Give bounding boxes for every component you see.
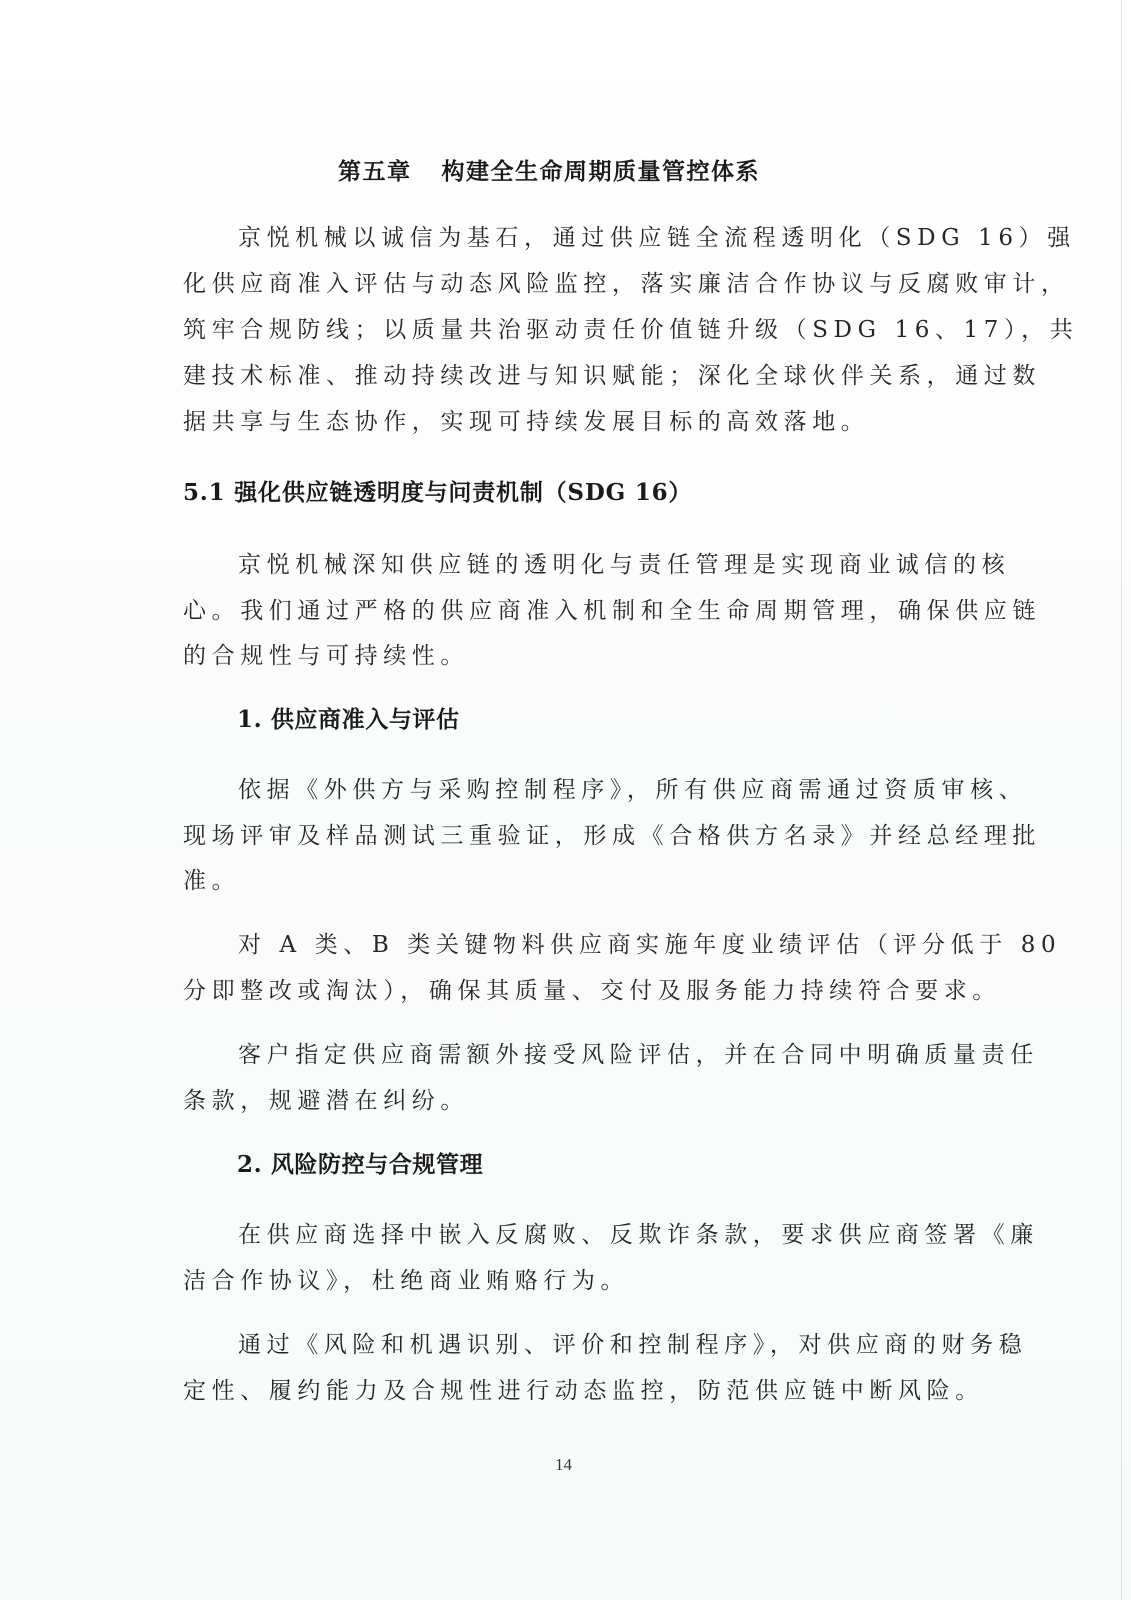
section-paragraph-line: 京悦机械深知供应链的透明化与责任管理是实现商业诚信的核: [238, 550, 978, 580]
section-heading-5-1: 5.1 强化供应链透明度与问责机制（SDG 16）: [183, 478, 692, 508]
subsection-heading-2: 2. 风险防控与合规管理: [237, 1150, 483, 1180]
chapter-number: 第五章: [338, 159, 412, 185]
section-paragraph-line: 的合规性与可持续性。: [183, 641, 923, 671]
scan-edge-line: [1121, 0, 1122, 1600]
intro-line: 化供应商准入评估与动态风险监控，落实廉洁合作协议与反腐败审计，: [183, 269, 923, 299]
subsection-1-line: 分即整改或淘汰），确保其质量、交付及服务能力持续符合要求。: [183, 976, 923, 1006]
intro-line: 据共享与生态协作，实现可持续发展目标的高效落地。: [183, 407, 923, 437]
subsection-2-line: 洁合作协议》，杜绝商业贿赂行为。: [183, 1266, 923, 1296]
subsection-heading-1: 1. 供应商准入与评估: [237, 705, 460, 735]
subsection-1-line: 客户指定供应商需额外接受风险评估，并在合同中明确质量责任: [238, 1040, 978, 1070]
subsection-1-line: 条款，规避潜在纠纷。: [183, 1086, 923, 1116]
subsection-2-line: 通过《风险和机遇识别、评价和控制程序》，对供应商的财务稳: [238, 1330, 978, 1360]
subsection-1-line: 依据《外供方与采购控制程序》，所有供应商需通过资质审核、: [238, 775, 978, 805]
subsection-1-line: 对 A 类、B 类关键物料供应商实施年度业绩评估（评分低于 80: [238, 930, 978, 960]
intro-line: 京悦机械以诚信为基石，通过供应链全流程透明化（SDG 16）强: [238, 223, 978, 253]
subsection-2-line: 定性、履约能力及合规性进行动态监控，防范供应链中断风险。: [183, 1376, 923, 1406]
subsection-1-line: 准。: [183, 866, 923, 896]
intro-line: 筑牢合规防线；以质量共治驱动责任价值链升级（SDG 16、17），共: [183, 315, 923, 345]
subsection-1-line: 现场评审及样品测试三重验证，形成《合格供方名录》并经总经理批: [183, 821, 923, 851]
chapter-title-text: 构建全生命周期质量管控体系: [442, 159, 761, 185]
page-number: 14: [555, 1455, 572, 1475]
intro-line: 建技术标准、推动持续改进与知识赋能；深化全球伙伴关系，通过数: [183, 361, 923, 391]
subsection-2-line: 在供应商选择中嵌入反腐败、反欺诈条款，要求供应商签署《廉: [238, 1220, 978, 1250]
section-paragraph-line: 心。我们通过严格的供应商准入机制和全生命周期管理，确保供应链: [183, 596, 923, 626]
document-page: 第五章构建全生命周期质量管控体系 京悦机械以诚信为基石，通过供应链全流程透明化（…: [0, 0, 1131, 1600]
chapter-title: 第五章构建全生命周期质量管控体系: [338, 157, 760, 187]
